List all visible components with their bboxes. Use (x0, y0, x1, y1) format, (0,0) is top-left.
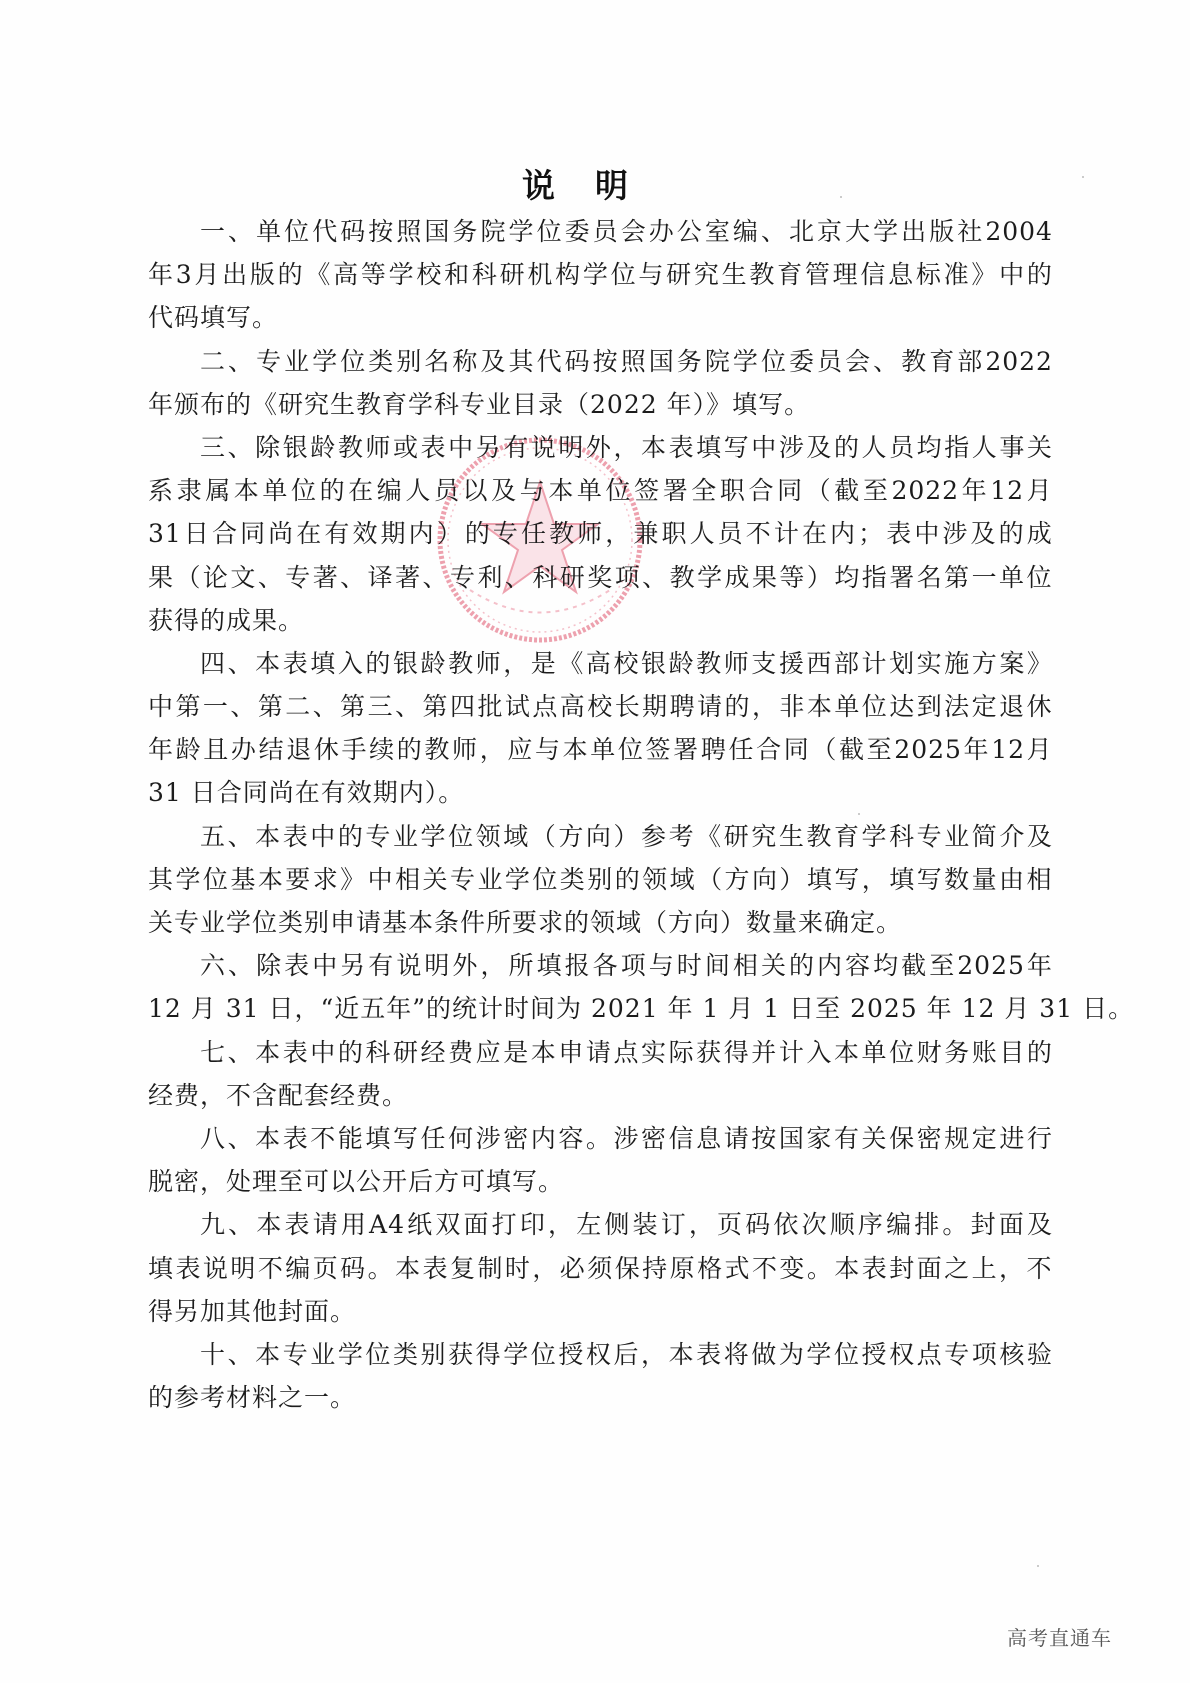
paragraph-2-line-2: 年颁布的《研究生教育学科专业目录（2022 年）》填写。 (148, 383, 1053, 426)
scan-speck (840, 196, 842, 198)
instructions-body: 一、单位代码按照国务院学位委员会办公室编、北京大学出版社2004 年3月出版的《… (148, 210, 1053, 1419)
paragraph-9-line-1: 九、本表请用A4纸双面打印，左侧装订，页码依次顺序编排。封面及 (148, 1203, 1053, 1246)
watermark-text: 高考直通车 (1007, 1622, 1112, 1651)
paragraph-4-line-4: 31 日合同尚在有效期内）。 (148, 771, 1053, 814)
scan-speck (1082, 176, 1084, 178)
paragraph-9-line-2: 填表说明不编页码。本表复制时，必须保持原格式不变。本表封面之上，不 (148, 1247, 1053, 1290)
paragraph-5-line-3: 关专业学位类别申请基本条件所要求的领域（方向）数量来确定。 (148, 901, 1053, 944)
paragraph-9-line-3: 得另加其他封面。 (148, 1290, 1053, 1333)
page-title: 说明 (0, 160, 1190, 207)
paragraph-3-line-1: 三、除银龄教师或表中另有说明外，本表填写中涉及的人员均指人事关 (148, 426, 1053, 469)
scan-speck (1037, 1565, 1039, 1567)
paragraph-1-line-2: 年3月出版的《高等学校和科研机构学位与研究生教育管理信息标准》中的 (148, 253, 1053, 296)
paragraph-1-line-1: 一、单位代码按照国务院学位委员会办公室编、北京大学出版社2004 (148, 210, 1053, 253)
paragraph-6-line-2: 12 月 31 日，“近五年”的统计时间为 2021 年 1 月 1 日至 20… (148, 987, 1053, 1030)
paragraph-4-line-3: 年龄且办结退休手续的教师，应与本单位签署聘任合同（截至2025年12月 (148, 728, 1053, 771)
scan-speck (858, 813, 860, 815)
paragraph-5-line-1: 五、本表中的专业学位领域（方向）参考《研究生教育学科专业简介及 (148, 815, 1053, 858)
paragraph-7-line-2: 经费，不含配套经费。 (148, 1074, 1053, 1117)
paragraph-8-line-1: 八、本表不能填写任何涉密内容。涉密信息请按国家有关保密规定进行 (148, 1117, 1053, 1160)
paragraph-8-line-2: 脱密，处理至可以公开后方可填写。 (148, 1160, 1053, 1203)
paragraph-4-line-2: 中第一、第二、第三、第四批试点高校长期聘请的，非本单位达到法定退休 (148, 685, 1053, 728)
paragraph-3-line-4: 果（论文、专著、译著、专利、科研奖项、教学成果等）均指署名第一单位 (148, 556, 1053, 599)
paragraph-3-line-2: 系隶属本单位的在编人员以及与本单位签署全职合同（截至2022年12月 (148, 469, 1053, 512)
paragraph-10-line-1: 十、本专业学位类别获得学位授权后，本表将做为学位授权点专项核验 (148, 1333, 1053, 1376)
paragraph-6-line-1: 六、除表中另有说明外，所填报各项与时间相关的内容均截至2025年 (148, 944, 1053, 987)
paragraph-4-line-1: 四、本表填入的银龄教师，是《高校银龄教师支援西部计划实施方案》 (148, 642, 1053, 685)
paragraph-2-line-1: 二、专业学位类别名称及其代码按照国务院学位委员会、教育部2022 (148, 340, 1053, 383)
paragraph-7-line-1: 七、本表中的科研经费应是本申请点实际获得并计入本单位财务账目的 (148, 1031, 1053, 1074)
document-page: 说明 一、单位代码按照国务院学位委员会办公室编、北京大学出版社2004 年3月出… (0, 0, 1190, 1683)
paragraph-1-line-3: 代码填写。 (148, 296, 1053, 339)
paragraph-3-line-5: 获得的成果。 (148, 599, 1053, 642)
paragraph-3-line-3: 31日合同尚在有效期内）的专任教师，兼职人员不计在内；表中涉及的成 (148, 512, 1053, 555)
paragraph-5-line-2: 其学位基本要求》中相关专业学位类别的领域（方向）填写，填写数量由相 (148, 858, 1053, 901)
paragraph-10-line-2: 的参考材料之一。 (148, 1376, 1053, 1419)
